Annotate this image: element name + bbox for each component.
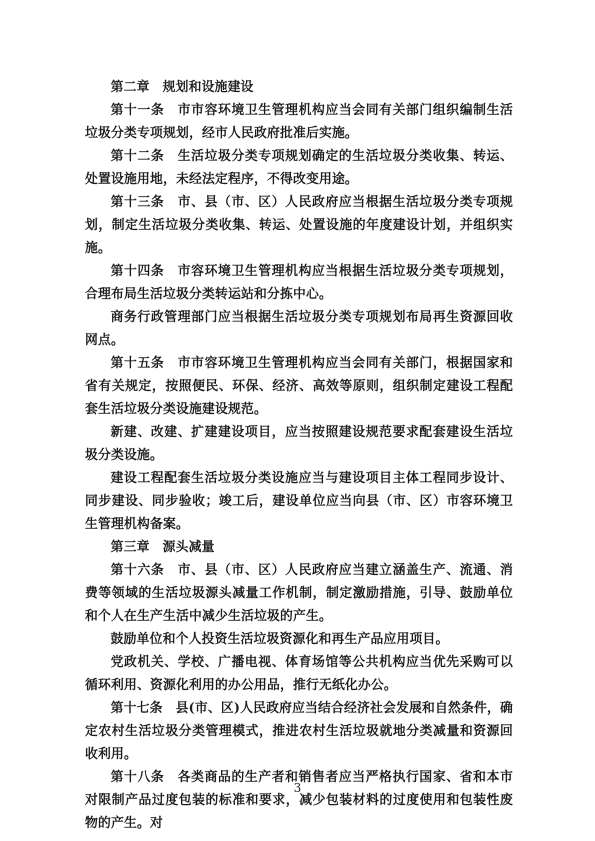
document-paragraph: 第十八条 各类商品的生产者和销售者应当严格执行国家、省和本市对限制产品过度包装的… — [85, 766, 513, 835]
document-paragraph: 党政机关、学校、广播电视、体育场馆等公共机构应当优先采购可以循环利用、资源化利用… — [85, 651, 513, 697]
document-paragraph: 商务行政管理部门应当根据生活垃圾分类专项规划布局再生资源回收网点。 — [85, 306, 513, 352]
document-paragraph: 第十五条 市市容环境卫生管理机构应当会同有关部门，根据国家和省有关规定，按照便民… — [85, 352, 513, 421]
document-paragraph: 第十二条 生活垃圾分类专项规划确定的生活垃圾分类收集、转运、处置设施用地，未经法… — [85, 145, 513, 191]
chapter-heading: 第三章 源头减量 — [85, 536, 513, 559]
document-paragraph: 第十六条 市、县（市、区）人民政府应当建立涵盖生产、流通、消费等领域的生活垃圾源… — [85, 559, 513, 628]
document-paragraph: 第十一条 市市容环境卫生管理机构应当会同有关部门组织编制生活垃圾分类专项规划，经… — [85, 99, 513, 145]
document-paragraph: 第十三条 市、县（市、区）人民政府应当根据生活垃圾分类专项规划，制定生活垃圾分类… — [85, 191, 513, 260]
document-paragraph: 第十七条 县(市、区)人民政府应当结合经济社会发展和自然条件，确定农村生活垃圾分… — [85, 697, 513, 766]
document-page: 第二章 规划和设施建设第十一条 市市容环境卫生管理机构应当会同有关部门组织编制生… — [0, 0, 595, 841]
document-paragraph: 第十四条 市容环境卫生管理机构应当根据生活垃圾分类专项规划，合理布局生活垃圾分类… — [85, 260, 513, 306]
chapter-heading: 第二章 规划和设施建设 — [85, 76, 513, 99]
document-body: 第二章 规划和设施建设第十一条 市市容环境卫生管理机构应当会同有关部门组织编制生… — [85, 76, 513, 835]
page-number: 3 — [0, 780, 595, 796]
document-paragraph: 建设工程配套生活垃圾分类设施应当与建设项目主体工程同步设计、同步建设、同步验收；… — [85, 467, 513, 536]
document-paragraph: 鼓励单位和个人投资生活垃圾资源化和再生产品应用项目。 — [85, 628, 513, 651]
document-paragraph: 新建、改建、扩建建设项目，应当按照建设规范要求配套建设生活垃圾分类设施。 — [85, 421, 513, 467]
